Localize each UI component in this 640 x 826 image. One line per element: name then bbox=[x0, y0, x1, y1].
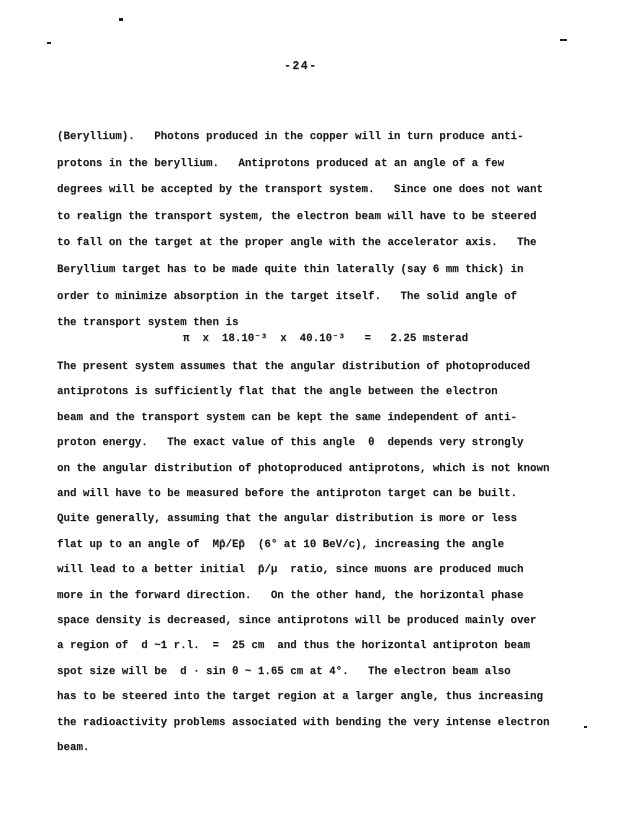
paragraph-2: The present system assumes that the angu… bbox=[57, 355, 597, 762]
text-line: will lead to a better initial p̄/μ ratio… bbox=[57, 558, 597, 583]
text-line: and will have to be measured before the … bbox=[57, 482, 597, 507]
text-line: to fall on the target at the proper angl… bbox=[57, 230, 597, 257]
document-page: -24- (Beryllium). Photons produced in th… bbox=[0, 0, 640, 826]
text-line: more in the forward direction. On the ot… bbox=[57, 584, 597, 609]
text-line: a region of d ~1 r.l. = 25 cm and thus t… bbox=[57, 634, 597, 659]
scan-speck bbox=[560, 39, 567, 41]
text-line: degrees will be accepted by the transpor… bbox=[57, 177, 597, 204]
text-line: antiprotons is sufficiently flat that th… bbox=[57, 380, 597, 405]
scan-speck bbox=[119, 18, 123, 21]
solid-angle-equation: π x 18.10⁻³ x 40.10⁻³ = 2.25 msterad bbox=[183, 331, 468, 345]
page-number: -24- bbox=[284, 60, 318, 73]
text-line: space density is decreased, since antipr… bbox=[57, 609, 597, 634]
text-line: on the angular distribution of photoprod… bbox=[57, 457, 597, 482]
text-line: (Beryllium). Photons produced in the cop… bbox=[57, 124, 597, 151]
text-line: spot size will be d · sin θ ~ 1.65 cm at… bbox=[57, 660, 597, 685]
text-line: proton energy. The exact value of this a… bbox=[57, 431, 597, 456]
text-line: to realign the transport system, the ele… bbox=[57, 204, 597, 231]
text-line: Quite generally, assuming that the angul… bbox=[57, 507, 597, 532]
text-line: flat up to an angle of Mp̄/Ep̄ (6° at 10… bbox=[57, 533, 597, 558]
text-line: the radioactivity problems associated wi… bbox=[57, 711, 597, 736]
text-line: beam. bbox=[57, 736, 597, 761]
text-line: protons in the beryllium. Antiprotons pr… bbox=[57, 151, 597, 178]
text-line: The present system assumes that the angu… bbox=[57, 355, 597, 380]
paragraph-1: (Beryllium). Photons produced in the cop… bbox=[57, 124, 597, 337]
text-line: has to be steered into the target region… bbox=[57, 685, 597, 710]
text-line: beam and the transport system can be kep… bbox=[57, 406, 597, 431]
text-line: Beryllium target has to be made quite th… bbox=[57, 257, 597, 284]
scan-speck bbox=[47, 42, 51, 44]
text-line: order to minimize absorption in the targ… bbox=[57, 284, 597, 311]
